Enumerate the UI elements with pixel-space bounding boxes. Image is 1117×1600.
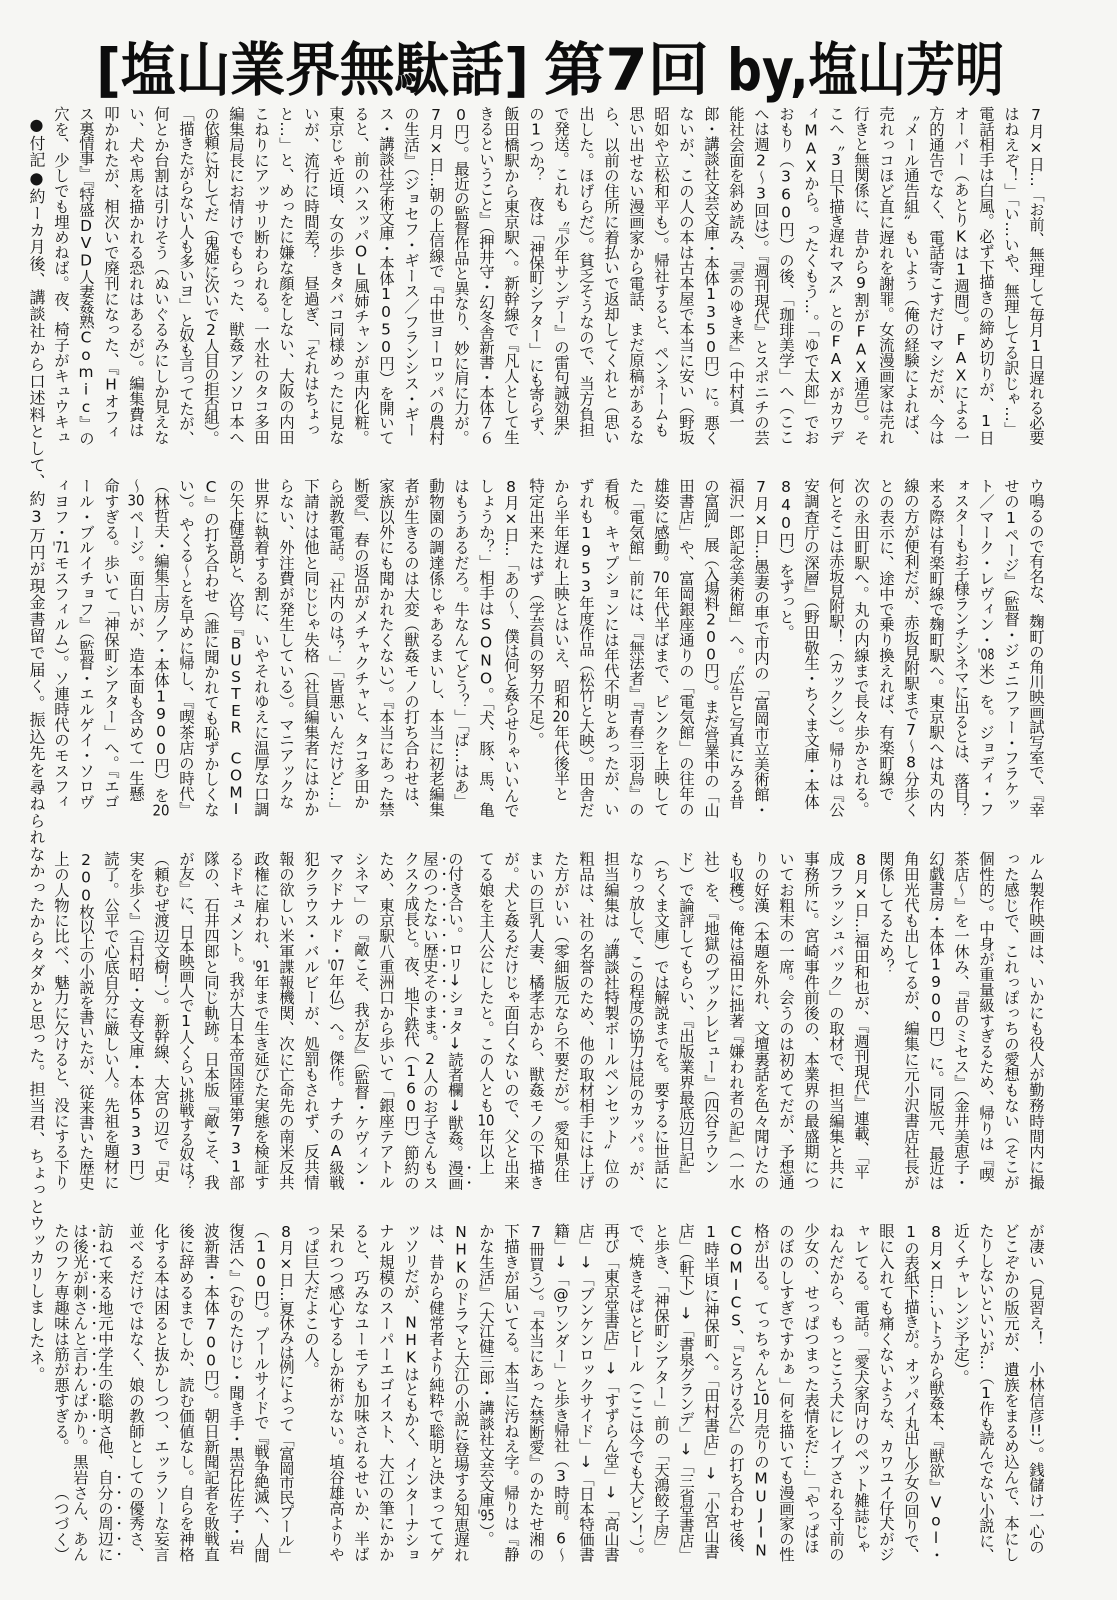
- text-column: 雄姿に感動。70年代半ばまで、ピンクを上映して: [648, 478, 673, 817]
- text-column: は、昔から健常者より純粋で聡明と決まっててゲ: [423, 1223, 448, 1562]
- text-column: ィヨフ・'71モスフィルム）。ソ連時代のモスフィ: [48, 478, 73, 817]
- text-column: ると、巧みなユーモアも加味されるせいか、半ば: [348, 1223, 373, 1562]
- text-column: ィMAXから。ったくもう…。「ゆで太郎」でお: [798, 106, 823, 445]
- text-tier-2: ウ鳴るので有名な、麹町の角川映画試写室で、『幸 せの1ページ』（監督・ジェニファ…: [48, 478, 1048, 817]
- text-column: いてお粗末の一席。会うのは初めてだが、予想通: [773, 851, 798, 1190]
- text-column: （林哲夫・編集工房ノア・本体1900円）を20: [148, 478, 173, 817]
- text-column: 茶店〜』を一休み、『昔のミセス』（金井美恵子・: [948, 851, 973, 1190]
- text-column: たりしないといいが…（1作も読んでない小説に、: [973, 1223, 998, 1562]
- text-column: 少女の、せっぱつまった表情をだ…」「やっぱほ: [798, 1223, 823, 1562]
- text-column: の矢上健喜朗と、次号『BUSTER COMI: [223, 478, 248, 817]
- title-series: [塩山業界無駄話]: [96, 38, 504, 102]
- text-column: せの1ページ』（監督・ジェニファー・フラケッ: [998, 478, 1023, 817]
- text-column: 田書店」や、富岡銀座通りの「電気館」の往年の: [673, 478, 698, 817]
- text-column: 1の表紙下描きが。オッパイ丸出し少女の回りで、: [898, 1223, 923, 1562]
- text-column: 命すぎる。歩いて「神保町シアター」へ。『エゴ: [98, 478, 123, 817]
- text-column: 特定出来たはず（学芸員の努力不足）。: [523, 478, 548, 817]
- text-column: ス裏情事』『特盛DVD人妻姦熟Comic』の: [73, 106, 98, 445]
- text-column: 眼に入れても痛くないような、カワユイ仔犬がジ: [873, 1223, 898, 1562]
- text-column: 8月×日…福田和也が、『週刊現代』連載、「平: [848, 851, 873, 1190]
- text-column: へは週2〜3回は）。『週刊現代』とスポニチの芸: [748, 106, 773, 445]
- text-column: 読了。公平で心底自分に厳しい人。先祖を題材に: [98, 851, 123, 1190]
- text-column: 電話相手は白風。必ず下描きの締め切りが、1日: [973, 106, 998, 445]
- text-column: 840円）をずっと。: [773, 478, 798, 817]
- text-column: （100円）。プールサイドで『戦争絶滅へ、人間: [248, 1223, 273, 1562]
- text-column: NHKのドラマと大江の小説に登場する知恵遅れ: [448, 1223, 473, 1562]
- text-tier-4: が凄い（見習え！ 小林信彦!!）。銭儲け一心の どこぞかの版元が、遺族をまるめ込…: [48, 1223, 1048, 1562]
- text-column: おもり（360円）の後、「珈琲美学」へ（ここ: [773, 106, 798, 445]
- text-column: の富岡〟展（入場料200円）。まだ営業中の「山: [698, 478, 723, 817]
- text-column: 方的通告でなく、電話寄こすだけマシだが、今は: [923, 106, 948, 445]
- text-column: 「描きたがらない人も多いヨ」と奴も言ってたが、: [173, 106, 198, 445]
- text-column: てる娘を主人公にしたと。この人とも10年以上: [473, 851, 498, 1190]
- text-column: 訪ねて来る地元中学生の聡明さ他、自分の周辺に: [98, 1223, 123, 1562]
- text-column: 呆れつつ感心するしか術がない。埴谷雄高よりや: [323, 1223, 348, 1562]
- text-column: 叩かれたが、相次いで廃刊になった、『Hオフィ: [98, 106, 123, 445]
- text-column: 格が出る。てっちゃんと10月売りのMUJIN: [748, 1223, 773, 1562]
- text-column: 〜30ページ。面白いが、造本面も含めて一生懸: [123, 478, 148, 817]
- text-column: ねんだから、もっとこう犬にレイプされる寸前の: [823, 1223, 848, 1562]
- text-column: るドキュメント。我が大日本帝国陸軍第731部: [223, 851, 248, 1190]
- text-column: こへ〝3日下描き遅れマス〟とのFAXがカワデ: [823, 106, 848, 445]
- text-column: の生活』（ジョセフ・ギース／フランシス・ギー: [398, 106, 423, 445]
- text-column: 郎・講談社文芸文庫・本体1350円）に。悪く: [698, 106, 723, 445]
- text-column: ォスターもお子様ランチシネマに出るとは、落目？: [948, 478, 973, 817]
- text-column: 並べるだけではなく、娘の教師としての優秀さ、: [123, 1223, 148, 1562]
- text-column: 何とか台割は引けそう（ぬいぐるみにしか見えな: [148, 106, 173, 445]
- text-column: 者が生きるのは大変（獣姦モノの打ち合わせは、: [398, 478, 423, 817]
- text-column: で発送。これも〝『少年サンデー』の雷句誠効果〟: [548, 106, 573, 445]
- text-column-body: たのフケ専趣味は筋が悪すぎる。: [48, 1223, 73, 1454]
- text-column: 飯田橋駅から東京駅へ。新幹線で『凡人として生: [498, 106, 523, 445]
- text-column: 世界に執着する割に、いやそれゆえに温厚な口調: [248, 478, 273, 817]
- text-column: ないが、この人の本は古本屋で本当に安い（野坂: [673, 106, 698, 445]
- text-column: 再び「東京堂書店」↓「すずらん堂」↓「高山書: [598, 1223, 623, 1562]
- text-column: ルム製作映画は、いかにも役人が勤務時間内に撮: [1023, 851, 1048, 1190]
- text-column: ずれも1953年度作品（松竹と大映）。田舎だ: [573, 478, 598, 817]
- text-column: 動物園の調達係じゃあるまいし、本当に初老編集: [423, 478, 448, 817]
- text-column: の依頼に対してだ（鬼姫に次いで2人目の拒否組）。: [198, 106, 223, 445]
- text-column: ウ鳴るので有名な、麹町の角川映画試写室で、『幸: [1023, 478, 1048, 817]
- title-byline: by,塩山芳明: [727, 38, 960, 102]
- text-column: 関係してるため？: [873, 851, 898, 1190]
- text-column: 報の欲しい米軍諜報機関、次に亡命先の南米反共: [273, 851, 298, 1190]
- text-column: ト／マーク・レヴィン・'08米）を。ジョディ・フ: [973, 478, 998, 817]
- text-column: オーバー（あとりKは1週間）。FAXによる一: [948, 106, 973, 445]
- text-column: た方がいい（零細版元なら不要だが）。愛知県住: [548, 851, 573, 1190]
- text-column: 成フラッシュバック」の取材で、担当編集と共に: [823, 851, 848, 1190]
- text-column: ナル規模のスーパーエゴイスト、大江の筆にかか: [373, 1223, 398, 1562]
- text-column: シネマ」の『敵こそ、我が友』（監督・ケヴィン・: [348, 851, 373, 1190]
- text-column: 店」↓「ブンケンロックサイド」↓「日本特価書: [573, 1223, 598, 1562]
- text-column: 出した。ほげらだ）。貧乏そうなので、当方負担: [573, 106, 598, 445]
- text-column: 東京じゃ近頃、女の歩きタバコ同様めったに見な: [323, 106, 348, 445]
- text-column: 近くチャレンジ予定）。: [948, 1223, 973, 1562]
- magazine-page: [塩山業界無駄話] 第7回 by,塩山芳明 7月×日…「お前、無理して毎月1日遅…: [0, 0, 1117, 1600]
- text-column: い）。やくる〜とを早めに帰し、『喫茶店の時代』: [173, 478, 198, 817]
- text-column: 福沢一郎記念美術館」へ。〝広告と写真にみる昔: [723, 478, 748, 817]
- text-column: 波新書・本体700円）。朝日新聞記者を敗戦直: [198, 1223, 223, 1562]
- text-column: 200枚以上の小説を書いたが、従来書いた歴史: [73, 851, 98, 1190]
- text-column: 安調査庁の深層』（野田敬生・ちくま文庫・本体: [798, 478, 823, 817]
- text-column: はもうあるだろ。牛なんてどう？」「ば…はあ」: [448, 478, 473, 817]
- text-column: 社）を、『地獄のブックレビュー』（四谷ラウン: [698, 851, 723, 1190]
- text-column: 線の方が便利だが、赤坂見附駅まで7〜8分歩く: [898, 478, 923, 817]
- text-column: ら説教電話。「社内のは？」「皆悪いんだけど…」: [323, 478, 348, 817]
- text-column: 幻戯書房・本体1900円）に。同版元、最近は: [923, 851, 948, 1190]
- text-column: 編集局長にお情けでもらった、獣姦アンソロ本へ: [223, 106, 248, 445]
- text-column: 店」（軒下）↓「書泉グランデ」↓「三省堂書店」: [673, 1223, 698, 1562]
- text-column: 担当編集は〝講談社特製ボールペンセット〟位の: [598, 851, 623, 1190]
- text-column: COMICS、『とろける穴』の打ち合わせ後、: [723, 1223, 748, 1562]
- text-column: 何とそこは赤坂見附駅！（カックン）。帰りは『公: [823, 478, 848, 817]
- text-column: クスク成長と。夜、地下鉄代（160円）節約の: [398, 851, 423, 1190]
- text-column: はねえぞ！」「い…いや、無理してる訳じゃ…」: [998, 106, 1023, 445]
- text-column: 断愛』、春の返品がメチャクチャと、タコ多田か: [348, 478, 373, 817]
- text-column: 犯クラウス・バルビーが、処罰もされず、反共情: [298, 851, 323, 1190]
- text-column: （頼むぜ渡辺文樹！）。新幹線、大宮の辺で『史: [148, 851, 173, 1190]
- text-column: の付き合い。ロリ↓ショタ↓読者欄↓獣姦。漫画: [448, 851, 473, 1190]
- text-column: まいの巨乳人妻、橘孝志から、獣姦モノの下描き: [523, 851, 548, 1190]
- text-column: 7冊買う）。『本当にあった禁断愛』のかたせ湘の: [523, 1223, 548, 1562]
- text-column: ール・ブルイチョフ』（監督・エルゲイ・ソロヴ: [73, 478, 98, 817]
- text-column: C』の打ち合わせ（誰に聞かれても恥ずかしくな: [198, 478, 223, 817]
- text-column: しょうか？」相手はSONO。「犬、豚、馬、亀: [473, 478, 498, 817]
- text-column: と歩き、「神保町シアター」前の「天鴻餃子房」: [648, 1223, 673, 1562]
- text-column: 看板。キャプションには年代不明とあったが、い: [598, 478, 623, 817]
- text-column: 下描きが届いてる。本当に汚ねえ字。帰りは『静: [498, 1223, 523, 1562]
- text-column: た「電気館」前には、『無法者』『青春三羽烏』の: [623, 478, 648, 817]
- text-column: ると、前のハスッパOL風姉チャンが車内化粧。: [348, 106, 373, 445]
- text-column: 化する本は困ると抜かしつつ、エッラソーな妄言: [148, 1223, 173, 1562]
- text-column: 政権に雇われ、'91年まで生き延びた実態を検証す: [248, 851, 273, 1190]
- text-tier-1: 7月×日…「お前、無理して毎月1日遅れる必要 はねえぞ！」「い…いや、無理してる…: [48, 106, 1048, 445]
- text-column: も収穫）。俺は福田に拙著『嫌われ者の記』（一水: [723, 851, 748, 1190]
- footnote-column: ●付記●約ーカ月後、講談社から口述料として、約3万円が現金書留で届く。振込先を尋…: [24, 115, 48, 1383]
- text-column: ス・講談社学術文庫・本体1050円）を開いて: [373, 106, 398, 445]
- text-column: ッソリだが、NHKはともかく、インターナショ: [398, 1223, 423, 1562]
- text-column: 粗品は、社の名誉のため、他の取材相手には上げ: [573, 851, 598, 1190]
- text-column: った感じで、これっぽっちの愛想もない（そこが: [998, 851, 1023, 1190]
- text-column: 実を歩く』（吉村昭・文春文庫・本体533円）: [123, 851, 148, 1190]
- text-column: 上の人物に比べ、魅力に欠けると、没にする下り: [48, 851, 73, 1190]
- text-column: から半年遅れ上映とはいえ、昭和20年代後半と: [548, 478, 573, 817]
- text-column: ら、以前の住所に着払いで返却してくれと（思い: [598, 106, 623, 445]
- text-column: 7月×日…朝の上信線で『中世ヨーロッパの農村: [423, 106, 448, 445]
- text-column: 8月×日…いトうから獣姦本、『獣欲』Vol・: [923, 1223, 948, 1562]
- text-column: 隊の、石井四郎と同じ軌跡。日本版『敵こそ、我: [198, 851, 223, 1190]
- text-column: 能社会面を斜め読み、『雲のゆき来』（中村真一: [723, 106, 748, 445]
- text-column: こねりにアッサリ断わられる。一水社のタコ多田: [248, 106, 273, 445]
- text-column: きるということ』（押井守・幻冬舎新書・本体７６: [473, 106, 498, 445]
- text-column: が友』に、日本映画人で1人くらい挑戦する奴は？: [173, 851, 198, 1190]
- text-column: 復活へ』（むのたけじ・聞き手・黒岩比佐子・岩: [223, 1223, 248, 1562]
- text-column: らない、外注費が発生している）。マニアックな: [273, 478, 298, 817]
- text-column: マクドナルド・'07年仏）へ。傑作。ナチのA級戦: [323, 851, 348, 1190]
- text-column: 思い出せない漫画家から電話、まだ原稿があるな: [623, 106, 648, 445]
- text-column: 角田光代も出してるが、編集に元小沢書店社長が: [898, 851, 923, 1190]
- text-column: 籍」↓「@ワンダー」と歩き帰社（3時前。6〜: [548, 1223, 573, 1562]
- text-column: りの好漢（本題を外れ、文壇裏話を色々聞けたの: [748, 851, 773, 1190]
- text-column: 下請けは他と同じじゃ失格（社員編集者にはかか: [298, 478, 323, 817]
- text-column: が。犬と姦るだけじゃ面白くないので、父と出来: [498, 851, 523, 1190]
- text-column: 事務所に。宮崎事件前後の、本業界の最盛期につ: [798, 851, 823, 1190]
- text-column: 売れっコほど直に遅れを謝罪。女流漫画家は売れ: [873, 106, 898, 445]
- text-column: なりっ放しで、この程度の協力は屁のカッパ。が、: [623, 851, 648, 1190]
- text-column: い、犬や馬を描かれる恐れはあるが）。編集費は: [123, 106, 148, 445]
- text-column: 8月×日…夏休みは例によって「富岡市民プール」: [273, 1223, 298, 1562]
- text-column: 後に辞めるまでしか、読む価値なし。自らを神格: [173, 1223, 198, 1562]
- text-column: 7月×日…「お前、無理して毎月1日遅れる必要: [1023, 106, 1048, 445]
- text-column: ャレてる。電話。「愛犬家向けのペット雑誌じゃ: [848, 1223, 873, 1562]
- title-episode: 第7回: [544, 38, 718, 102]
- text-column: 次の永田町駅へ。丸の内線まで長々歩かされる。: [848, 478, 873, 817]
- text-column: 〝メール通告組〟もいよう（俺の経験によれば、: [898, 106, 923, 445]
- text-column: 8月×日…「あの〜、僕は何と姦らせりゃいいんで: [498, 478, 523, 817]
- text-column: 昭如や立松和平も）。帰社すると、ペンネームも: [648, 106, 673, 445]
- text-column: 穴を、少しでも埋めねば。夜、椅子がキュウキュ: [48, 106, 73, 445]
- text-column: 家族以外にも聞かれたくない）。『本当にあった禁: [373, 478, 398, 817]
- text-column: のぼのしすぎですかぁ」何を描いても漫画家の性: [773, 1223, 798, 1562]
- text-column: 1時半頃に神保町へ。「田村書店」↓「小宮山書: [698, 1223, 723, 1562]
- text-column: 個性的）。中身が重量級すぎるため、帰りは『喫: [973, 851, 998, 1190]
- text-column: との表示に、途中で乗り換えれば、有楽町線で: [873, 478, 898, 817]
- text-column: 0円）。最近の監督作品と異なり、妙に肩に力が。: [448, 106, 473, 445]
- text-column: どこぞかの版元が、遺族をまるめ込んで、本にし: [998, 1223, 1023, 1562]
- text-column: で、焼きそばとビール（ここは今でも大ビン！）。: [623, 1223, 648, 1562]
- text-column: っぱ巨大だよこの人。: [298, 1223, 323, 1562]
- text-column: 行きと無関係に、昔から9割がFAX通告）。そ: [848, 106, 873, 445]
- text-column: いが、流行に時間差？ 昼過ぎ、「それはちょっ: [298, 106, 323, 445]
- text-column: 7月×日…愚妻の車で市内の「富岡市立美術館・: [748, 478, 773, 817]
- text-column: が凄い（見習え！ 小林信彦!!）。銭儲け一心の: [1023, 1223, 1048, 1562]
- text-column: と…」と、めったに嫌な顔をしない、大阪の内田: [273, 106, 298, 445]
- continued-label: （つづく）: [48, 1485, 73, 1562]
- text-column: たのフケ専趣味は筋が悪すぎる。 （つづく）: [48, 1223, 73, 1562]
- text-column: の1つか？ 夜は「神保町シアター」にも寄らず、: [523, 106, 548, 445]
- text-column: 来る際は有楽町線で麹町駅へ。東京駅へは丸の内: [923, 478, 948, 817]
- text-column: ため、東京駅八重洲口から歩いて「銀座テアトル: [373, 851, 398, 1190]
- text-column: ド）で論評してもらい、『出版業界最底辺日記』: [673, 851, 698, 1190]
- text-column: （ちくま文庫）では解説までを。要するに世話に: [648, 851, 673, 1190]
- text-column: かな生活』（大江健三郎・講談社文芸文庫'95）。: [473, 1223, 498, 1562]
- text-tier-3: ルム製作映画は、いかにも役人が勤務時間内に撮 った感じで、これっぽっちの愛想もな…: [48, 851, 1048, 1190]
